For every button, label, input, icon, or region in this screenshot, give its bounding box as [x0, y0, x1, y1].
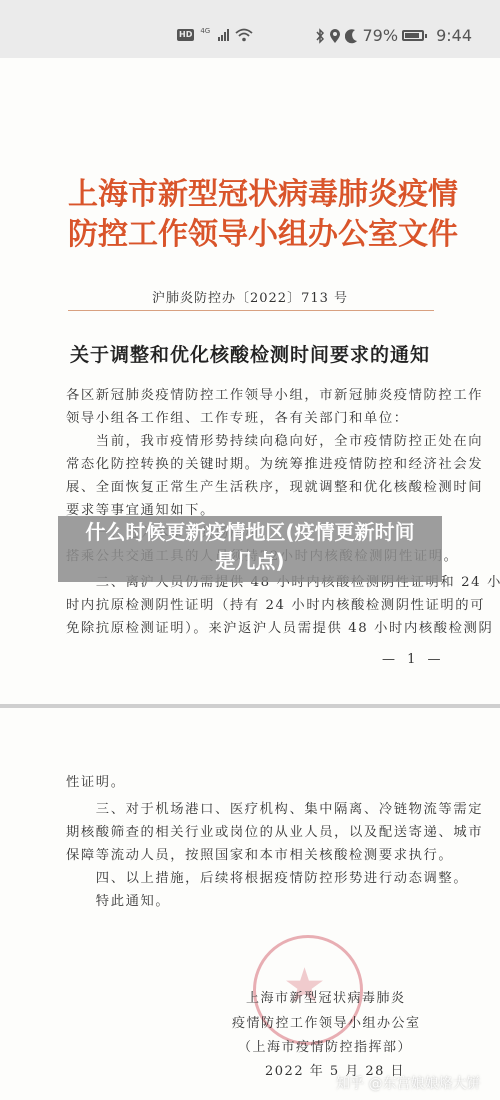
body-line: 三、对于机场港口、医疗机构、集中隔离、冷链物流等需定: [66, 800, 440, 820]
article-title-line-2: 是几点): [58, 547, 442, 576]
body-line: 特此通知。: [66, 892, 440, 912]
battery-icon: [402, 30, 424, 41]
moon-icon: [345, 28, 359, 44]
bluetooth-icon: [315, 28, 325, 44]
signature-line-3: （上海市疫情防控指挥部）: [238, 1036, 412, 1055]
article-title-line-1: 什么时候更新疫情地区(疫情更新时间: [58, 518, 442, 547]
status-left-group: HD 4G: [177, 28, 253, 42]
signature-line-1: 上海市新型冠状病毒肺炎: [246, 987, 406, 1006]
network-type-label: 4G: [200, 28, 210, 35]
body-line: 性证明。: [66, 773, 440, 793]
body-line: 免除抗原检测证明）。来沪返沪人员需提供 48 小时内核酸检测阴: [66, 619, 440, 639]
body-line: 领导小组各工作组、工作专班，各有关部门和单位：: [66, 409, 440, 429]
battery-percent: 79%: [363, 26, 399, 45]
body-line: 常态化防控转换的关键时期。为统筹推进疫情防控和经济社会发: [66, 455, 440, 475]
page-number: — 1 —: [382, 652, 445, 667]
body-line: 四、以上措施，后续将根据疫情防控形势进行动态调整。: [66, 869, 440, 889]
body-line: 展、全面恢复正常生产生活秩序，现就调整和优化核酸检测时间: [66, 478, 440, 498]
hd-icon: HD: [177, 29, 194, 41]
header-rule: [68, 310, 434, 311]
status-bar: HD 4G 79% 9:44: [0, 0, 500, 58]
signal-icon: [218, 29, 229, 41]
body-line: 各区新冠肺炎疫情防控工作领导小组，市新冠肺炎疫情防控工作: [66, 386, 440, 406]
clock: 9:44: [436, 26, 472, 45]
document-number: 沪肺炎防控办〔2022〕713 号: [0, 287, 500, 306]
body-line: 当前，我市疫情形势持续向稳向好，全市疫情防控正处在向: [66, 432, 440, 452]
document-title: 关于调整和优化核酸检测时间要求的通知: [0, 340, 500, 367]
article-title: 什么时候更新疫情地区(疫情更新时间 是几点): [58, 518, 442, 576]
red-header-line-2: 防控工作领导小组办公室文件: [68, 215, 438, 255]
zhihu-watermark: 知乎 @东宫娘娘烙大饼: [336, 1073, 480, 1093]
body-line: 时内抗原检测阴性证明（持有 24 小时内核酸检测阴性证明的可: [66, 596, 440, 616]
status-right-group: 79% 9:44: [315, 26, 473, 45]
body-line: 保障等流动人员，按照国家和本市相关核酸检测要求执行。: [66, 846, 440, 866]
location-icon: [329, 28, 341, 44]
signature-line-2: 疫情防控工作领导小组办公室: [232, 1012, 421, 1031]
red-header-line-1: 上海市新型冠状病毒肺炎疫情: [68, 175, 438, 215]
body-line: 期核酸筛查的相关行业或岗位的从业人员，以及配送寄递、城市: [66, 823, 440, 843]
network-type-icon: 4G: [200, 28, 212, 42]
wifi-icon: [235, 28, 253, 42]
